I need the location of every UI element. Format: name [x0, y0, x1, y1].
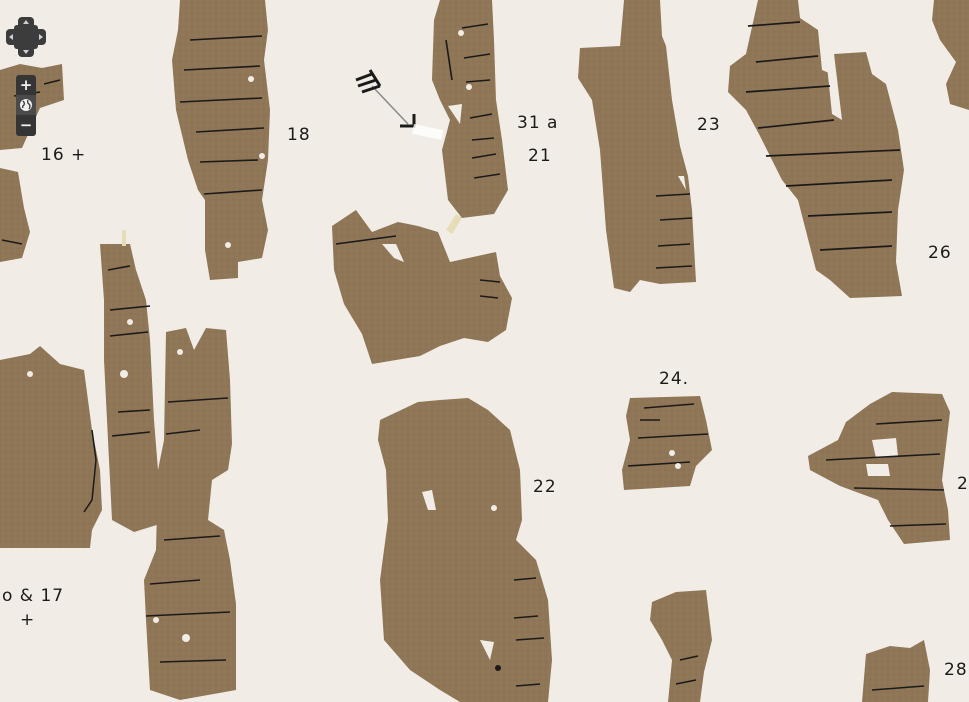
fragment-18	[172, 0, 270, 280]
fletched-arrow-icon	[356, 70, 443, 140]
fragment-21	[332, 210, 512, 364]
zoom-in-button[interactable]: +	[16, 75, 36, 95]
fragment-26	[728, 0, 904, 298]
fragment-edge-right	[932, 0, 969, 110]
label-17-plus: +	[20, 610, 35, 630]
label-21: 21	[528, 146, 552, 166]
fragment-28	[862, 640, 930, 702]
label-17: o & 17	[2, 586, 64, 606]
fragment-25	[808, 392, 950, 544]
arrow-right-icon[interactable]	[39, 34, 43, 40]
label-22: 22	[533, 477, 557, 497]
fragment-tall-strip	[100, 230, 160, 532]
zoom-control: + −	[16, 75, 36, 136]
fragment-22	[378, 398, 552, 702]
reset-view-button[interactable]	[16, 95, 36, 115]
papyrus-fragments-image[interactable]	[0, 0, 969, 702]
pan-pad-center	[14, 25, 38, 49]
fragment-23	[578, 0, 696, 292]
label-23: 23	[697, 115, 721, 135]
arrow-down-icon[interactable]	[23, 50, 29, 54]
label-28: 28	[944, 660, 968, 680]
arrow-left-icon[interactable]	[9, 34, 13, 40]
fragment-31a	[432, 0, 508, 218]
label-16: 16 +	[41, 145, 86, 165]
fragment-mid-strip	[144, 328, 236, 700]
pan-control[interactable]	[6, 17, 46, 57]
label-26: 26	[928, 243, 952, 263]
fragment-17	[0, 346, 102, 548]
label-31a: 31 a	[517, 113, 558, 133]
label-25: 2	[957, 474, 969, 494]
zoom-out-button[interactable]: −	[16, 115, 36, 135]
fragment-24	[622, 396, 712, 490]
mount-strip	[446, 214, 462, 234]
label-18: 18	[287, 125, 311, 145]
image-viewer[interactable]: 16 + 18 31 a 21 23 26 24. 22 2 o & 17 + …	[0, 0, 969, 702]
fragment-lower-mid	[650, 590, 712, 702]
globe-icon	[19, 98, 33, 112]
label-24: 24.	[659, 369, 689, 389]
arrow-up-icon[interactable]	[23, 20, 29, 24]
